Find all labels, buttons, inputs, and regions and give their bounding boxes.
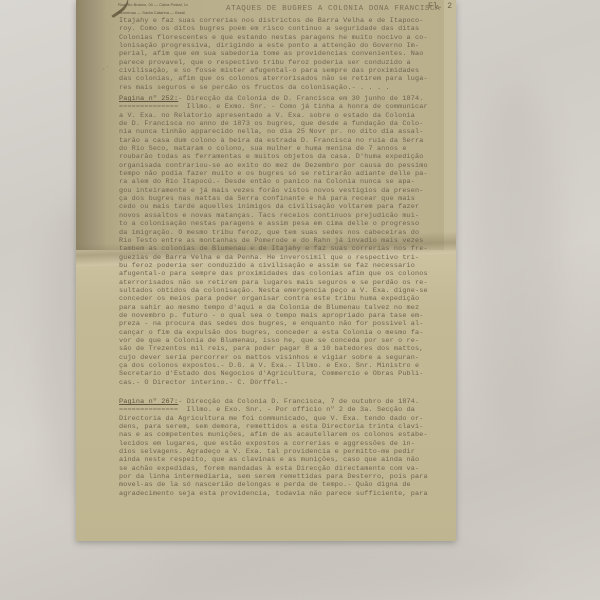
text-line: nas e as competentes munições, afim de a… bbox=[119, 431, 449, 439]
text-line: res mais seguros e se percão os fructos … bbox=[119, 84, 449, 92]
text-line: aterrorisados não se retirem para lugare… bbox=[119, 279, 449, 287]
section-header-line: Pagina nº 252:- Direcção da Colonia de D… bbox=[119, 95, 449, 103]
section-header-line: Pagina nº 267:- Direcção da Colonia D. F… bbox=[119, 398, 449, 406]
text-line: tambem as colonias de Blumenau e de Itaj… bbox=[119, 245, 449, 253]
text-line: roubarão todas as ferramentas e muitos o… bbox=[119, 153, 449, 161]
text-line: ça dos bugres nas mattas da Serra confin… bbox=[119, 195, 449, 203]
section-header: - Direcção da Colonia de D. Francisca em… bbox=[178, 95, 423, 103]
text-line: ra alem do Rio Itapocú.- Desde então o p… bbox=[119, 178, 449, 186]
text-line: cançar o fim da expulsão dos bugres, con… bbox=[119, 329, 449, 337]
text-line: to a colonisação nestas paragens e assim… bbox=[119, 220, 449, 228]
text-line: lonisação progressiva, dirigindo a este … bbox=[119, 42, 449, 50]
text-line: parece provavel, que o respectivo tribu … bbox=[119, 59, 449, 67]
text-line: bu feroz poderia ser conduzido a civilis… bbox=[119, 262, 449, 270]
section-pagina-267: Pagina nº 267:- Direcção da Colonia D. F… bbox=[119, 398, 449, 498]
underline-dashes: ============== bbox=[119, 103, 187, 111]
text-line: civilisação, e so fosse mister afugental… bbox=[119, 67, 449, 75]
text-line: Directoria da Agricultura me foi communi… bbox=[119, 415, 449, 423]
salutation-line: ============== Illmo. e Exo. Snr. - Por … bbox=[119, 406, 449, 414]
document-page: Rua Rio Branco, 00 — Caixa Postal, 1xBlu… bbox=[76, 0, 456, 541]
text-line: se achão expedidas, forem mandadas à est… bbox=[119, 465, 449, 473]
text-line: roy. Como os ditos bugres poem em risco … bbox=[119, 25, 449, 33]
text-line: por da linha intermediaria, sem serem re… bbox=[119, 473, 449, 481]
text-line: gou inteiramente e já mais vezes forão v… bbox=[119, 187, 449, 195]
text-line: Itajahy e faz suas correrias nos distric… bbox=[119, 17, 449, 25]
text-line: Secretario d'Estado dos Negocios d'Agric… bbox=[119, 370, 449, 378]
text-line: tarão a casa dum colono à beira da estra… bbox=[119, 137, 449, 145]
text-line: a V. Exa. no Relatorio apresentado a V. … bbox=[119, 112, 449, 120]
text-line: sultados obtidos da colonisação. Nesta e… bbox=[119, 287, 449, 295]
salutation: Illmo. e Exo. Snr. - Por officio nº 2 de… bbox=[187, 406, 415, 414]
text-line: ainda neste respeito, que as clavinas e … bbox=[119, 456, 449, 464]
text-line: cujo dever seria percorrer os mattos vis… bbox=[119, 354, 449, 362]
background-cloth-shadow bbox=[150, 540, 530, 600]
text-line: nia nunca tinhão apparecido nella, no di… bbox=[119, 128, 449, 136]
section-pagina-252: Pagina nº 252:- Direcção da Colonia de D… bbox=[119, 95, 449, 387]
text-line: para sahir ao mesmo tempo d'aqui e da Co… bbox=[119, 304, 449, 312]
text-line: de D. Francisca no anno de 1873 os bugre… bbox=[119, 120, 449, 128]
text-line: são de Trezentos mil reis, para poder pa… bbox=[119, 345, 449, 353]
text-line: cas.- O Director interino.- C. Dörffel.- bbox=[119, 379, 449, 387]
salutation: Illmo. e Exmo. Snr. - Como já tinha a ho… bbox=[187, 103, 428, 111]
text-line: perial, afim que em sua sabedoria tome a… bbox=[119, 50, 449, 58]
underline-dashes: ============== bbox=[119, 406, 187, 414]
text-line: vor de que a Colonia de Blumenau, isso h… bbox=[119, 337, 449, 345]
text-line: organisada contrariou-se ao exito do mez… bbox=[119, 162, 449, 170]
salutation-line: ============== Illmo. e Exmo. Snr. - Com… bbox=[119, 103, 449, 111]
background-cloth-shadow bbox=[470, 80, 560, 440]
text-line: cedo ou mais tarde aquelles inimigos da … bbox=[119, 203, 449, 211]
document-title: ATAQUES DE BUGRES A COLONIA DONA FRANCIS… bbox=[226, 5, 440, 13]
margin-mark: ·˙ bbox=[102, 66, 109, 73]
paragraph-continuation: Itajahy e faz suas correrias nos distric… bbox=[119, 17, 449, 92]
section-header: - Direcção da Colonia D. Francisca, 7 de… bbox=[178, 398, 419, 406]
page-number: Fl. 2 bbox=[428, 2, 452, 11]
text-line: tempo não podia fazer muito e os bugres … bbox=[119, 170, 449, 178]
paper-fold-shadow bbox=[76, 0, 106, 280]
text-line: conceder os meios para poder organisar c… bbox=[119, 295, 449, 303]
text-line: lecidos em lugares, que estão expostos a… bbox=[119, 440, 449, 448]
text-line: ça dos colonos expostos.- D.G. a V. Exa.… bbox=[119, 362, 449, 370]
text-line: da imigração. O mesmo tribu feroz, que t… bbox=[119, 229, 449, 237]
text-line: de novembro p. futuro - o qual sea o tem… bbox=[119, 312, 449, 320]
page-reference: Pagina nº 267: bbox=[119, 398, 178, 406]
text-line: Colonias florescentes e que estando nest… bbox=[119, 34, 449, 42]
text-line: dens, para serem, sem demora, remettidos… bbox=[119, 423, 449, 431]
text-line: agradecimento seja esta providencia, tod… bbox=[119, 490, 449, 498]
text-line: das colonias, afim que os colonos aterro… bbox=[119, 75, 449, 83]
text-line: do Rio Seco, mataram o colono, sua mulhe… bbox=[119, 145, 449, 153]
text-line: afugental-o para sempre das proximidades… bbox=[119, 270, 449, 278]
text-line: dios selvagens. Agradeço a V. Exa. tal p… bbox=[119, 448, 449, 456]
text-line: novos assaltos e novas matanças. Tacs re… bbox=[119, 212, 449, 220]
text-line: guezias de Barra Velha e da Penha. He in… bbox=[119, 254, 449, 262]
text-line: movel-as de la só nascerião delongas e p… bbox=[119, 481, 449, 489]
text-line: Rio Testo entre as montanhas de Pomerode… bbox=[119, 237, 449, 245]
page-reference: Pagina nº 252: bbox=[119, 95, 178, 103]
text-line: preza - na procura das sedes dos bugres,… bbox=[119, 320, 449, 328]
letterhead-line: Rua Rio Branco, 00 — Caixa Postal, 1x bbox=[118, 2, 188, 10]
